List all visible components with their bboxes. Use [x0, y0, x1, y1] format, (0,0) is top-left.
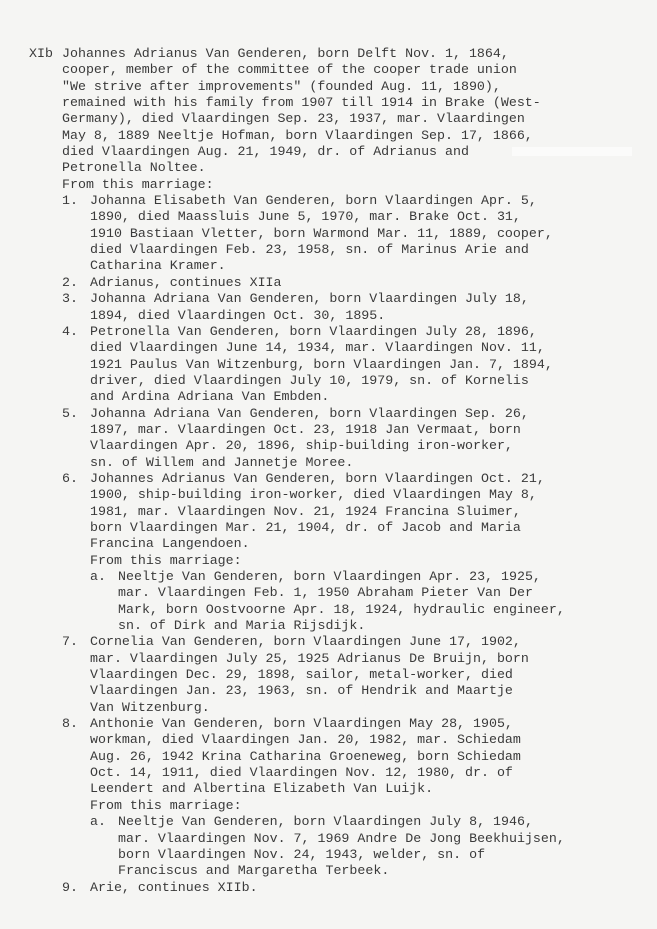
- from-marriage-label: From this marriage:: [29, 553, 565, 569]
- line-text: Neeltje Van Genderen, born Vlaardingen A…: [118, 569, 541, 584]
- child-entry-line: 1981, mar. Vlaardingen Nov. 21, 1924 Fra…: [29, 504, 565, 520]
- grandchild-entry-line: Franciscus and Margaretha Terbeek.: [29, 863, 565, 879]
- line-text: Catharina Kramer.: [90, 258, 226, 273]
- line-text: 1900, ship-building iron-worker, died Vl…: [90, 487, 537, 502]
- child-number: 8.: [62, 716, 90, 732]
- line-text: Mark, born Oostvoorne Apr. 18, 1924, hyd…: [118, 602, 565, 617]
- child-entry: 3.Johanna Adriana Van Genderen, born Vla…: [29, 291, 565, 307]
- child-number: 3.: [62, 291, 90, 307]
- grandchild-entry: a.Neeltje Van Genderen, born Vlaardingen…: [29, 814, 565, 830]
- child-number: 7.: [62, 634, 90, 650]
- entry-heading-line: XIbJohannes Adrianus Van Genderen, born …: [29, 46, 565, 62]
- line-text: sn. of Willem and Jannetje Moree.: [90, 455, 353, 470]
- line-text: 1890, died Maassluis June 5, 1970, mar. …: [90, 209, 521, 224]
- child-number: 5.: [62, 406, 90, 422]
- line-text: Petronella Noltee.: [62, 160, 206, 175]
- line-text: Anthonie Van Genderen, born Vlaardingen …: [90, 716, 513, 731]
- line-text: From this marriage:: [62, 177, 214, 192]
- line-text: Johannes Adrianus Van Genderen, born Vla…: [90, 471, 545, 486]
- line-text: Johanna Adriana Van Genderen, born Vlaar…: [90, 291, 529, 306]
- child-entry-line: Van Witzenburg.: [29, 700, 565, 716]
- line-text: mar. Vlaardingen Nov. 7, 1969 Andre De J…: [118, 831, 565, 846]
- genealogy-entry: XIbJohannes Adrianus Van Genderen, born …: [29, 46, 565, 896]
- line-text: born Vlaardingen Nov. 24, 1943, welder, …: [118, 847, 485, 862]
- line-text: From this marriage:: [90, 798, 242, 813]
- child-number: 2.: [62, 275, 90, 291]
- child-entry: 1.Johanna Elisabeth Van Genderen, born V…: [29, 193, 565, 209]
- line-text: remained with his family from 1907 till …: [62, 95, 541, 110]
- from-marriage-label: From this marriage:: [29, 798, 565, 814]
- entry-line: "We strive after improvements" (founded …: [29, 79, 565, 95]
- line-text: Aug. 26, 1942 Krina Catharina Groeneweg,…: [90, 749, 521, 764]
- line-text: sn. of Dirk and Maria Rijsdijk.: [118, 618, 365, 633]
- line-text: mar. Vlaardingen July 25, 1925 Adrianus …: [90, 651, 529, 666]
- line-text: Vlaardingen Jan. 23, 1963, sn. of Hendri…: [90, 683, 513, 698]
- child-entry-line: 1897, mar. Vlaardingen Oct. 23, 1918 Jan…: [29, 422, 565, 438]
- line-text: Cornelia Van Genderen, born Vlaardingen …: [90, 634, 521, 649]
- child-entry: 9.Arie, continues XIIb.: [29, 880, 565, 896]
- child-entry-line: 1890, died Maassluis June 5, 1970, mar. …: [29, 209, 565, 225]
- child-entry: 7.Cornelia Van Genderen, born Vlaardinge…: [29, 634, 565, 650]
- child-entry-line: sn. of Willem and Jannetje Moree.: [29, 455, 565, 471]
- entry-line: died Vlaardingen Aug. 21, 1949, dr. of A…: [29, 144, 565, 160]
- line-text: died Vlaardingen June 14, 1934, mar. Vla…: [90, 340, 545, 355]
- line-text: died Vlaardingen Aug. 21, 1949, dr. of A…: [62, 144, 469, 159]
- correction-fluid-mark: [512, 147, 632, 156]
- entry-line: remained with his family from 1907 till …: [29, 95, 565, 111]
- line-text: Germany), died Vlaardingen Sep. 23, 1937…: [62, 111, 525, 126]
- line-text: Van Witzenburg.: [90, 700, 210, 715]
- line-text: Johannes Adrianus Van Genderen, born Del…: [62, 46, 509, 61]
- child-entry-line: Aug. 26, 1942 Krina Catharina Groeneweg,…: [29, 749, 565, 765]
- child-entry: 4.Petronella Van Genderen, born Vlaardin…: [29, 324, 565, 340]
- line-text: 1981, mar. Vlaardingen Nov. 21, 1924 Fra…: [90, 504, 521, 519]
- child-entry: 6.Johannes Adrianus Van Genderen, born V…: [29, 471, 565, 487]
- child-entry-line: Leendert and Albertina Elizabeth Van Lui…: [29, 781, 565, 797]
- line-text: Petronella Van Genderen, born Vlaardinge…: [90, 324, 537, 339]
- line-text: Leendert and Albertina Elizabeth Van Lui…: [90, 781, 433, 796]
- line-text: May 8, 1889 Neeltje Hofman, born Vlaardi…: [62, 128, 533, 143]
- child-entry-line: Vlaardingen Apr. 20, 1896, ship-building…: [29, 438, 565, 454]
- grandchild-entry: a.Neeltje Van Genderen, born Vlaardingen…: [29, 569, 565, 585]
- child-entry-line: Francina Langendoen.: [29, 536, 565, 552]
- line-text: Johanna Elisabeth Van Genderen, born Vla…: [90, 193, 537, 208]
- child-entry-line: workman, died Vlaardingen Jan. 20, 1982,…: [29, 732, 565, 748]
- from-marriage-label: From this marriage:: [29, 177, 565, 193]
- entry-line: Petronella Noltee.: [29, 160, 565, 176]
- grandchild-entry-line: sn. of Dirk and Maria Rijsdijk.: [29, 618, 565, 634]
- line-text: Franciscus and Margaretha Terbeek.: [118, 863, 389, 878]
- child-entry: 2.Adrianus, continues XIIa: [29, 275, 565, 291]
- child-number: 1.: [62, 193, 90, 209]
- line-text: and Ardina Adriana Van Embden.: [90, 389, 329, 404]
- line-text: workman, died Vlaardingen Jan. 20, 1982,…: [90, 732, 521, 747]
- line-text: Vlaardingen Apr. 20, 1896, ship-building…: [90, 438, 513, 453]
- child-entry-line: mar. Vlaardingen July 25, 1925 Adrianus …: [29, 651, 565, 667]
- child-entry: 8.Anthonie Van Genderen, born Vlaardinge…: [29, 716, 565, 732]
- line-text: Johanna Adriana Van Genderen, born Vlaar…: [90, 406, 529, 421]
- child-entry-line: Catharina Kramer.: [29, 258, 565, 274]
- line-text: Oct. 14, 1911, died Vlaardingen Nov. 12,…: [90, 765, 513, 780]
- child-entry-line: died Vlaardingen Feb. 23, 1958, sn. of M…: [29, 242, 565, 258]
- line-text: Arie, continues XIIb.: [90, 880, 258, 895]
- child-entry-line: Vlaardingen Dec. 29, 1898, sailor, metal…: [29, 667, 565, 683]
- line-text: cooper, member of the committee of the c…: [62, 62, 517, 77]
- grandchild-entry-line: Mark, born Oostvoorne Apr. 18, 1924, hyd…: [29, 602, 565, 618]
- line-text: 1897, mar. Vlaardingen Oct. 23, 1918 Jan…: [90, 422, 521, 437]
- child-entry-line: 1900, ship-building iron-worker, died Vl…: [29, 487, 565, 503]
- child-entry-line: 1921 Paulus Van Witzenburg, born Vlaardi…: [29, 357, 565, 373]
- line-text: 1921 Paulus Van Witzenburg, born Vlaardi…: [90, 357, 553, 372]
- grandchild-entry-line: born Vlaardingen Nov. 24, 1943, welder, …: [29, 847, 565, 863]
- line-text: driver, died Vlaardingen July 10, 1979, …: [90, 373, 529, 388]
- line-text: born Vlaardingen Mar. 21, 1904, dr. of J…: [90, 520, 521, 535]
- line-text: died Vlaardingen Feb. 23, 1958, sn. of M…: [90, 242, 529, 257]
- line-text: Vlaardingen Dec. 29, 1898, sailor, metal…: [90, 667, 513, 682]
- generation-label: XIb: [29, 46, 62, 62]
- line-text: Francina Langendoen.: [90, 536, 250, 551]
- line-text: mar. Vlaardingen Feb. 1, 1950 Abraham Pi…: [118, 585, 533, 600]
- child-entry-line: 1910 Bastiaan Vletter, born Warmond Mar.…: [29, 226, 565, 242]
- entry-line: Germany), died Vlaardingen Sep. 23, 1937…: [29, 111, 565, 127]
- child-number: 9.: [62, 880, 90, 896]
- child-number: 4.: [62, 324, 90, 340]
- entry-line: cooper, member of the committee of the c…: [29, 62, 565, 78]
- line-text: Adrianus, continues XIIa: [90, 275, 282, 290]
- child-entry-line: born Vlaardingen Mar. 21, 1904, dr. of J…: [29, 520, 565, 536]
- child-entry-line: Vlaardingen Jan. 23, 1963, sn. of Hendri…: [29, 683, 565, 699]
- child-entry-line: and Ardina Adriana Van Embden.: [29, 389, 565, 405]
- line-text: From this marriage:: [90, 553, 242, 568]
- scanned-page: XIbJohannes Adrianus Van Genderen, born …: [0, 0, 657, 929]
- grandchild-letter: a.: [90, 569, 118, 585]
- line-text: "We strive after improvements" (founded …: [62, 79, 501, 94]
- child-entry-line: Oct. 14, 1911, died Vlaardingen Nov. 12,…: [29, 765, 565, 781]
- grandchild-letter: a.: [90, 814, 118, 830]
- entry-line: May 8, 1889 Neeltje Hofman, born Vlaardi…: [29, 128, 565, 144]
- grandchild-entry-line: mar. Vlaardingen Nov. 7, 1969 Andre De J…: [29, 831, 565, 847]
- line-text: 1910 Bastiaan Vletter, born Warmond Mar.…: [90, 226, 553, 241]
- child-entry-line: 1894, died Vlaardingen Oct. 30, 1895.: [29, 308, 565, 324]
- child-entry-line: died Vlaardingen June 14, 1934, mar. Vla…: [29, 340, 565, 356]
- line-text: Neeltje Van Genderen, born Vlaardingen J…: [118, 814, 533, 829]
- child-number: 6.: [62, 471, 90, 487]
- line-text: 1894, died Vlaardingen Oct. 30, 1895.: [90, 308, 385, 323]
- grandchild-entry-line: mar. Vlaardingen Feb. 1, 1950 Abraham Pi…: [29, 585, 565, 601]
- child-entry: 5.Johanna Adriana Van Genderen, born Vla…: [29, 406, 565, 422]
- child-entry-line: driver, died Vlaardingen July 10, 1979, …: [29, 373, 565, 389]
